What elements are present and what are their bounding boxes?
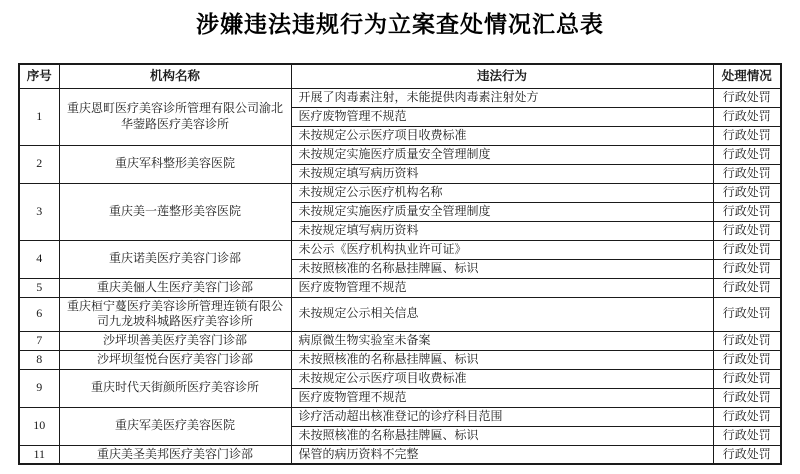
handling-status-cell: 行政处罚 [713, 221, 781, 240]
serial-number-cell: 4 [19, 240, 59, 278]
handling-status-cell: 行政处罚 [713, 202, 781, 221]
serial-number-cell: 9 [19, 369, 59, 407]
serial-number-cell: 3 [19, 183, 59, 240]
serial-number-cell: 11 [19, 445, 59, 464]
institution-name-cell: 重庆时代天街颜所医疗美容诊所 [59, 369, 291, 407]
handling-status-cell: 行政处罚 [713, 240, 781, 259]
table-row: 9重庆时代天街颜所医疗美容诊所未按规定公示医疗项目收费标准行政处罚 [19, 369, 781, 388]
table-row: 3重庆美一莲整形美容医院未按规定公示医疗机构名称行政处罚 [19, 183, 781, 202]
page-title: 涉嫌违法违规行为立案查处情况汇总表 [0, 6, 800, 39]
header-illegal-behavior: 违法行为 [291, 64, 713, 88]
handling-status-cell: 行政处罚 [713, 126, 781, 145]
header-row: 序号 机构名称 违法行为 处理情况 [19, 64, 781, 88]
handling-status-cell: 行政处罚 [713, 388, 781, 407]
illegal-behavior-cell: 未按规定公示相关信息 [291, 297, 713, 331]
serial-number-cell: 8 [19, 350, 59, 369]
illegal-behavior-cell: 未按规定公示医疗机构名称 [291, 183, 713, 202]
illegal-behavior-cell: 开展了肉毒素注射，未能提供肉毒素注射处方 [291, 88, 713, 107]
serial-number-cell: 1 [19, 88, 59, 145]
serial-number-cell: 7 [19, 331, 59, 350]
header-serial-number: 序号 [19, 64, 59, 88]
illegal-behavior-cell: 未按规定实施医疗质量安全管理制度 [291, 145, 713, 164]
illegal-behavior-cell: 未按照核准的名称悬挂牌匾、标识 [291, 350, 713, 369]
table-row: 8沙坪坝玺悦台医疗美容门诊部未按照核准的名称悬挂牌匾、标识行政处罚 [19, 350, 781, 369]
institution-name-cell: 重庆诺美医疗美容门诊部 [59, 240, 291, 278]
illegal-behavior-cell: 医疗废物管理不规范 [291, 107, 713, 126]
handling-status-cell: 行政处罚 [713, 331, 781, 350]
institution-name-cell: 重庆恩町医疗美容诊所管理有限公司渝北华蓥路医疗美容诊所 [59, 88, 291, 145]
handling-status-cell: 行政处罚 [713, 350, 781, 369]
serial-number-cell: 2 [19, 145, 59, 183]
handling-status-cell: 行政处罚 [713, 426, 781, 445]
illegal-behavior-cell: 医疗废物管理不规范 [291, 388, 713, 407]
header-institution-name: 机构名称 [59, 64, 291, 88]
institution-name-cell: 重庆桓宁蔓医疗美容诊所管理连锁有限公司九龙坡科城路医疗美容诊所 [59, 297, 291, 331]
institution-name-cell: 重庆美俪人生医疗美容门诊部 [59, 278, 291, 297]
institution-name-cell: 沙坪坝善美医疗美容门诊部 [59, 331, 291, 350]
case-table: 序号 机构名称 违法行为 处理情况 1重庆恩町医疗美容诊所管理有限公司渝北华蓥路… [18, 63, 782, 465]
illegal-behavior-cell: 未按规定公示医疗项目收费标准 [291, 126, 713, 145]
illegal-behavior-cell: 病原微生物实验室未备案 [291, 331, 713, 350]
illegal-behavior-cell: 未按照核准的名称悬挂牌匾、标识 [291, 426, 713, 445]
illegal-behavior-cell: 未按规定填写病历资料 [291, 221, 713, 240]
handling-status-cell: 行政处罚 [713, 183, 781, 202]
illegal-behavior-cell: 未按规定公示医疗项目收费标准 [291, 369, 713, 388]
institution-name-cell: 沙坪坝玺悦台医疗美容门诊部 [59, 350, 291, 369]
case-table-body: 1重庆恩町医疗美容诊所管理有限公司渝北华蓥路医疗美容诊所开展了肉毒素注射，未能提… [19, 88, 781, 464]
document-page: 涉嫌违法违规行为立案查处情况汇总表 序号 机构名称 违法行为 处理情况 1重庆恩… [0, 0, 800, 474]
illegal-behavior-cell: 未公示《医疗机构执业许可证》 [291, 240, 713, 259]
serial-number-cell: 10 [19, 407, 59, 445]
table-row: 4重庆诺美医疗美容门诊部未公示《医疗机构执业许可证》行政处罚 [19, 240, 781, 259]
header-handling-status: 处理情况 [713, 64, 781, 88]
table-row: 5重庆美俪人生医疗美容门诊部医疗废物管理不规范行政处罚 [19, 278, 781, 297]
illegal-behavior-cell: 诊疗活动超出核准登记的诊疗科目范围 [291, 407, 713, 426]
illegal-behavior-cell: 医疗废物管理不规范 [291, 278, 713, 297]
table-row: 10重庆军美医疗美容医院诊疗活动超出核准登记的诊疗科目范围行政处罚 [19, 407, 781, 426]
handling-status-cell: 行政处罚 [713, 369, 781, 388]
illegal-behavior-cell: 未按照核准的名称悬挂牌匾、标识 [291, 259, 713, 278]
handling-status-cell: 行政处罚 [713, 145, 781, 164]
table-row: 7沙坪坝善美医疗美容门诊部病原微生物实验室未备案行政处罚 [19, 331, 781, 350]
handling-status-cell: 行政处罚 [713, 297, 781, 331]
table-row: 1重庆恩町医疗美容诊所管理有限公司渝北华蓥路医疗美容诊所开展了肉毒素注射，未能提… [19, 88, 781, 107]
serial-number-cell: 5 [19, 278, 59, 297]
illegal-behavior-cell: 保管的病历资料不完整 [291, 445, 713, 464]
handling-status-cell: 行政处罚 [713, 445, 781, 464]
case-table-header: 序号 机构名称 违法行为 处理情况 [19, 64, 781, 88]
handling-status-cell: 行政处罚 [713, 164, 781, 183]
handling-status-cell: 行政处罚 [713, 88, 781, 107]
illegal-behavior-cell: 未按规定填写病历资料 [291, 164, 713, 183]
serial-number-cell: 6 [19, 297, 59, 331]
handling-status-cell: 行政处罚 [713, 107, 781, 126]
illegal-behavior-cell: 未按规定实施医疗质量安全管理制度 [291, 202, 713, 221]
institution-name-cell: 重庆美圣美邦医疗美容门诊部 [59, 445, 291, 464]
institution-name-cell: 重庆军科整形美容医院 [59, 145, 291, 183]
table-row: 11重庆美圣美邦医疗美容门诊部保管的病历资料不完整行政处罚 [19, 445, 781, 464]
handling-status-cell: 行政处罚 [713, 407, 781, 426]
handling-status-cell: 行政处罚 [713, 259, 781, 278]
table-row: 2重庆军科整形美容医院未按规定实施医疗质量安全管理制度行政处罚 [19, 145, 781, 164]
institution-name-cell: 重庆军美医疗美容医院 [59, 407, 291, 445]
table-row: 6重庆桓宁蔓医疗美容诊所管理连锁有限公司九龙坡科城路医疗美容诊所未按规定公示相关… [19, 297, 781, 331]
handling-status-cell: 行政处罚 [713, 278, 781, 297]
institution-name-cell: 重庆美一莲整形美容医院 [59, 183, 291, 240]
